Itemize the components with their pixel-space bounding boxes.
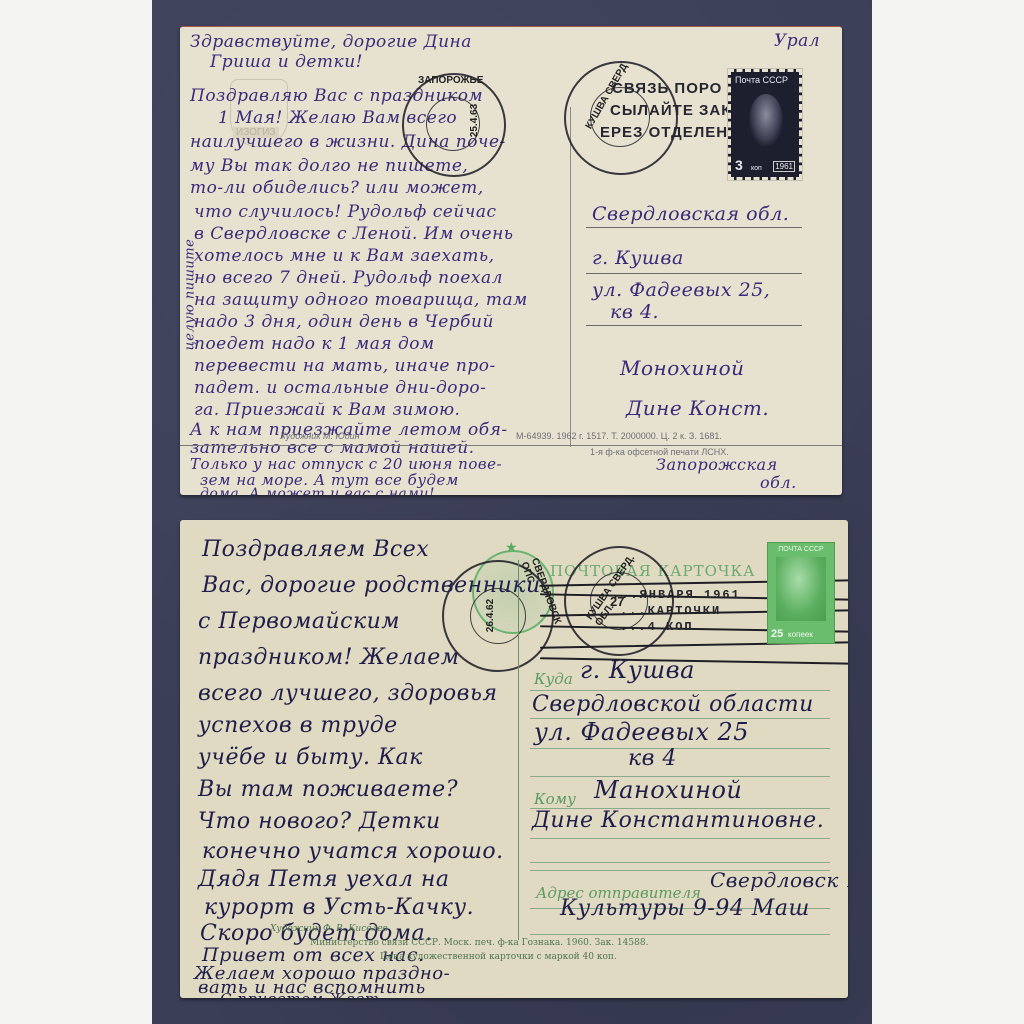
postage-stamp-25-kop: ПОЧТА СССР 25 копеек [767,542,835,644]
sender-line-2: обл. [760,473,797,492]
address-apartment: кв 4 [628,746,677,771]
message-line: с Первомайским [198,606,400,637]
stamp-unit: копеек [788,630,813,639]
message-line: то-ли обиделись? или может, [190,177,484,200]
price-info: Цена художественной карточки с маркой 40… [380,952,617,962]
card-divider [518,560,519,940]
stamp-value: 3 [735,157,743,173]
message-line: хотелось мне и к Вам заехать, [194,245,495,268]
message-line: успехов в труде [198,710,398,741]
stamp-value: 25 [771,628,783,640]
postage-stamp-3-kop: Почта СССР 3 коп 1961 [728,69,802,180]
message-line: Гриша и детки! [210,51,363,74]
message-line: Поздравляем Всех [202,534,429,565]
recipient-name: Дине Конст. [626,397,769,420]
print-info: М-64939. 1962 г. 1517. Т. 2000000. Ц. 2 … [516,431,722,441]
address-city: г. Кушва [592,247,684,270]
address-apartment: кв 4. [610,301,659,324]
message-line: но всего 7 дней. Рудольф поехал [194,267,503,290]
address-region: Свердловской области [532,692,814,717]
margin-note: целую пишите [182,239,197,351]
message-line: что случилось! Рудольф сейчас [194,201,497,224]
address-city: г. Кушва [580,656,695,684]
message-line: учёбе и быту. Как [198,742,423,773]
message-line: Вас, дорогие родственники [202,570,541,601]
message-line: конечно учатся хорошо. [202,836,504,867]
message-line: перевести на мать, иначе про- [194,355,496,378]
message-line: падет. и остальные дни-доро- [194,377,486,400]
stamp-country: Почта СССР [735,75,788,85]
print-info: Министерство связи СССР. Моск. печ. ф-ка… [310,938,648,948]
corner-note: Урал [774,31,820,51]
address-street: ул. Фадеевых 25, [592,279,770,302]
message-line: в Свердловске с Леной. Им очень [194,223,514,246]
card-divider [570,107,571,447]
print-line [180,445,842,446]
message-line: надо 3 дня, один день в Чербий [194,311,494,334]
sender-line-1: Свердловск 12 [710,868,848,892]
recipient-name: Дине Константиновне. [532,808,824,833]
label-to-whom: Кому [534,790,576,808]
message-line: на защиту одного товарища, там [194,289,528,312]
message-line: всего лучшего, здоровья [198,678,498,709]
message-line: праздником! Желаем [198,642,460,673]
postcard-top: ИЗОГИЗ Здравствуйте, дорогие Дина Гриша … [180,26,842,495]
postcard-bottom: ★ ПОЧТОВАЯ КАРТОЧКА ...ЯНВАРЯ 1961 ...КА… [180,520,848,998]
rocket-icon [749,94,783,146]
sender-line-2: Культуры 9-94 Маш [560,896,810,921]
artist-credit: Художник М. Юдин [280,431,360,441]
message-line: дома. А может и вас с нами! [200,483,435,495]
stamp-unit: коп [751,165,762,172]
recipient-surname: Манохиной [594,776,742,804]
message-line: поедет надо к 1 мая дом [194,333,435,356]
address-region: Свердловская обл. [592,203,789,226]
message-line: Что нового? Детки [198,806,441,837]
worker-figure-icon [776,557,826,621]
artist-credit: Художник Ф. В. Киселев [270,924,388,934]
recipient-surname: Монохиной [620,357,745,380]
stamp-year: 1961 [773,161,795,172]
postmark-left: ЗАПОРОЖЬЕ 25.4.63 [402,73,506,177]
star-icon: ★ [505,540,518,556]
sender-line-1: Запорожская [656,455,778,474]
message-signature: С приветом Жвет [220,990,379,998]
address-street: ул. Фадеевых 25 [534,718,749,746]
message-line: Дядя Петя уехал на [198,864,450,895]
stamp-country: ПОЧТА СССР [768,546,834,553]
message-line: Вы там поживаете? [198,774,458,805]
postmark-right: КУШВА СВЕРД. ОБЛ. 27 [564,546,674,656]
label-to-where: Куда [534,670,573,688]
